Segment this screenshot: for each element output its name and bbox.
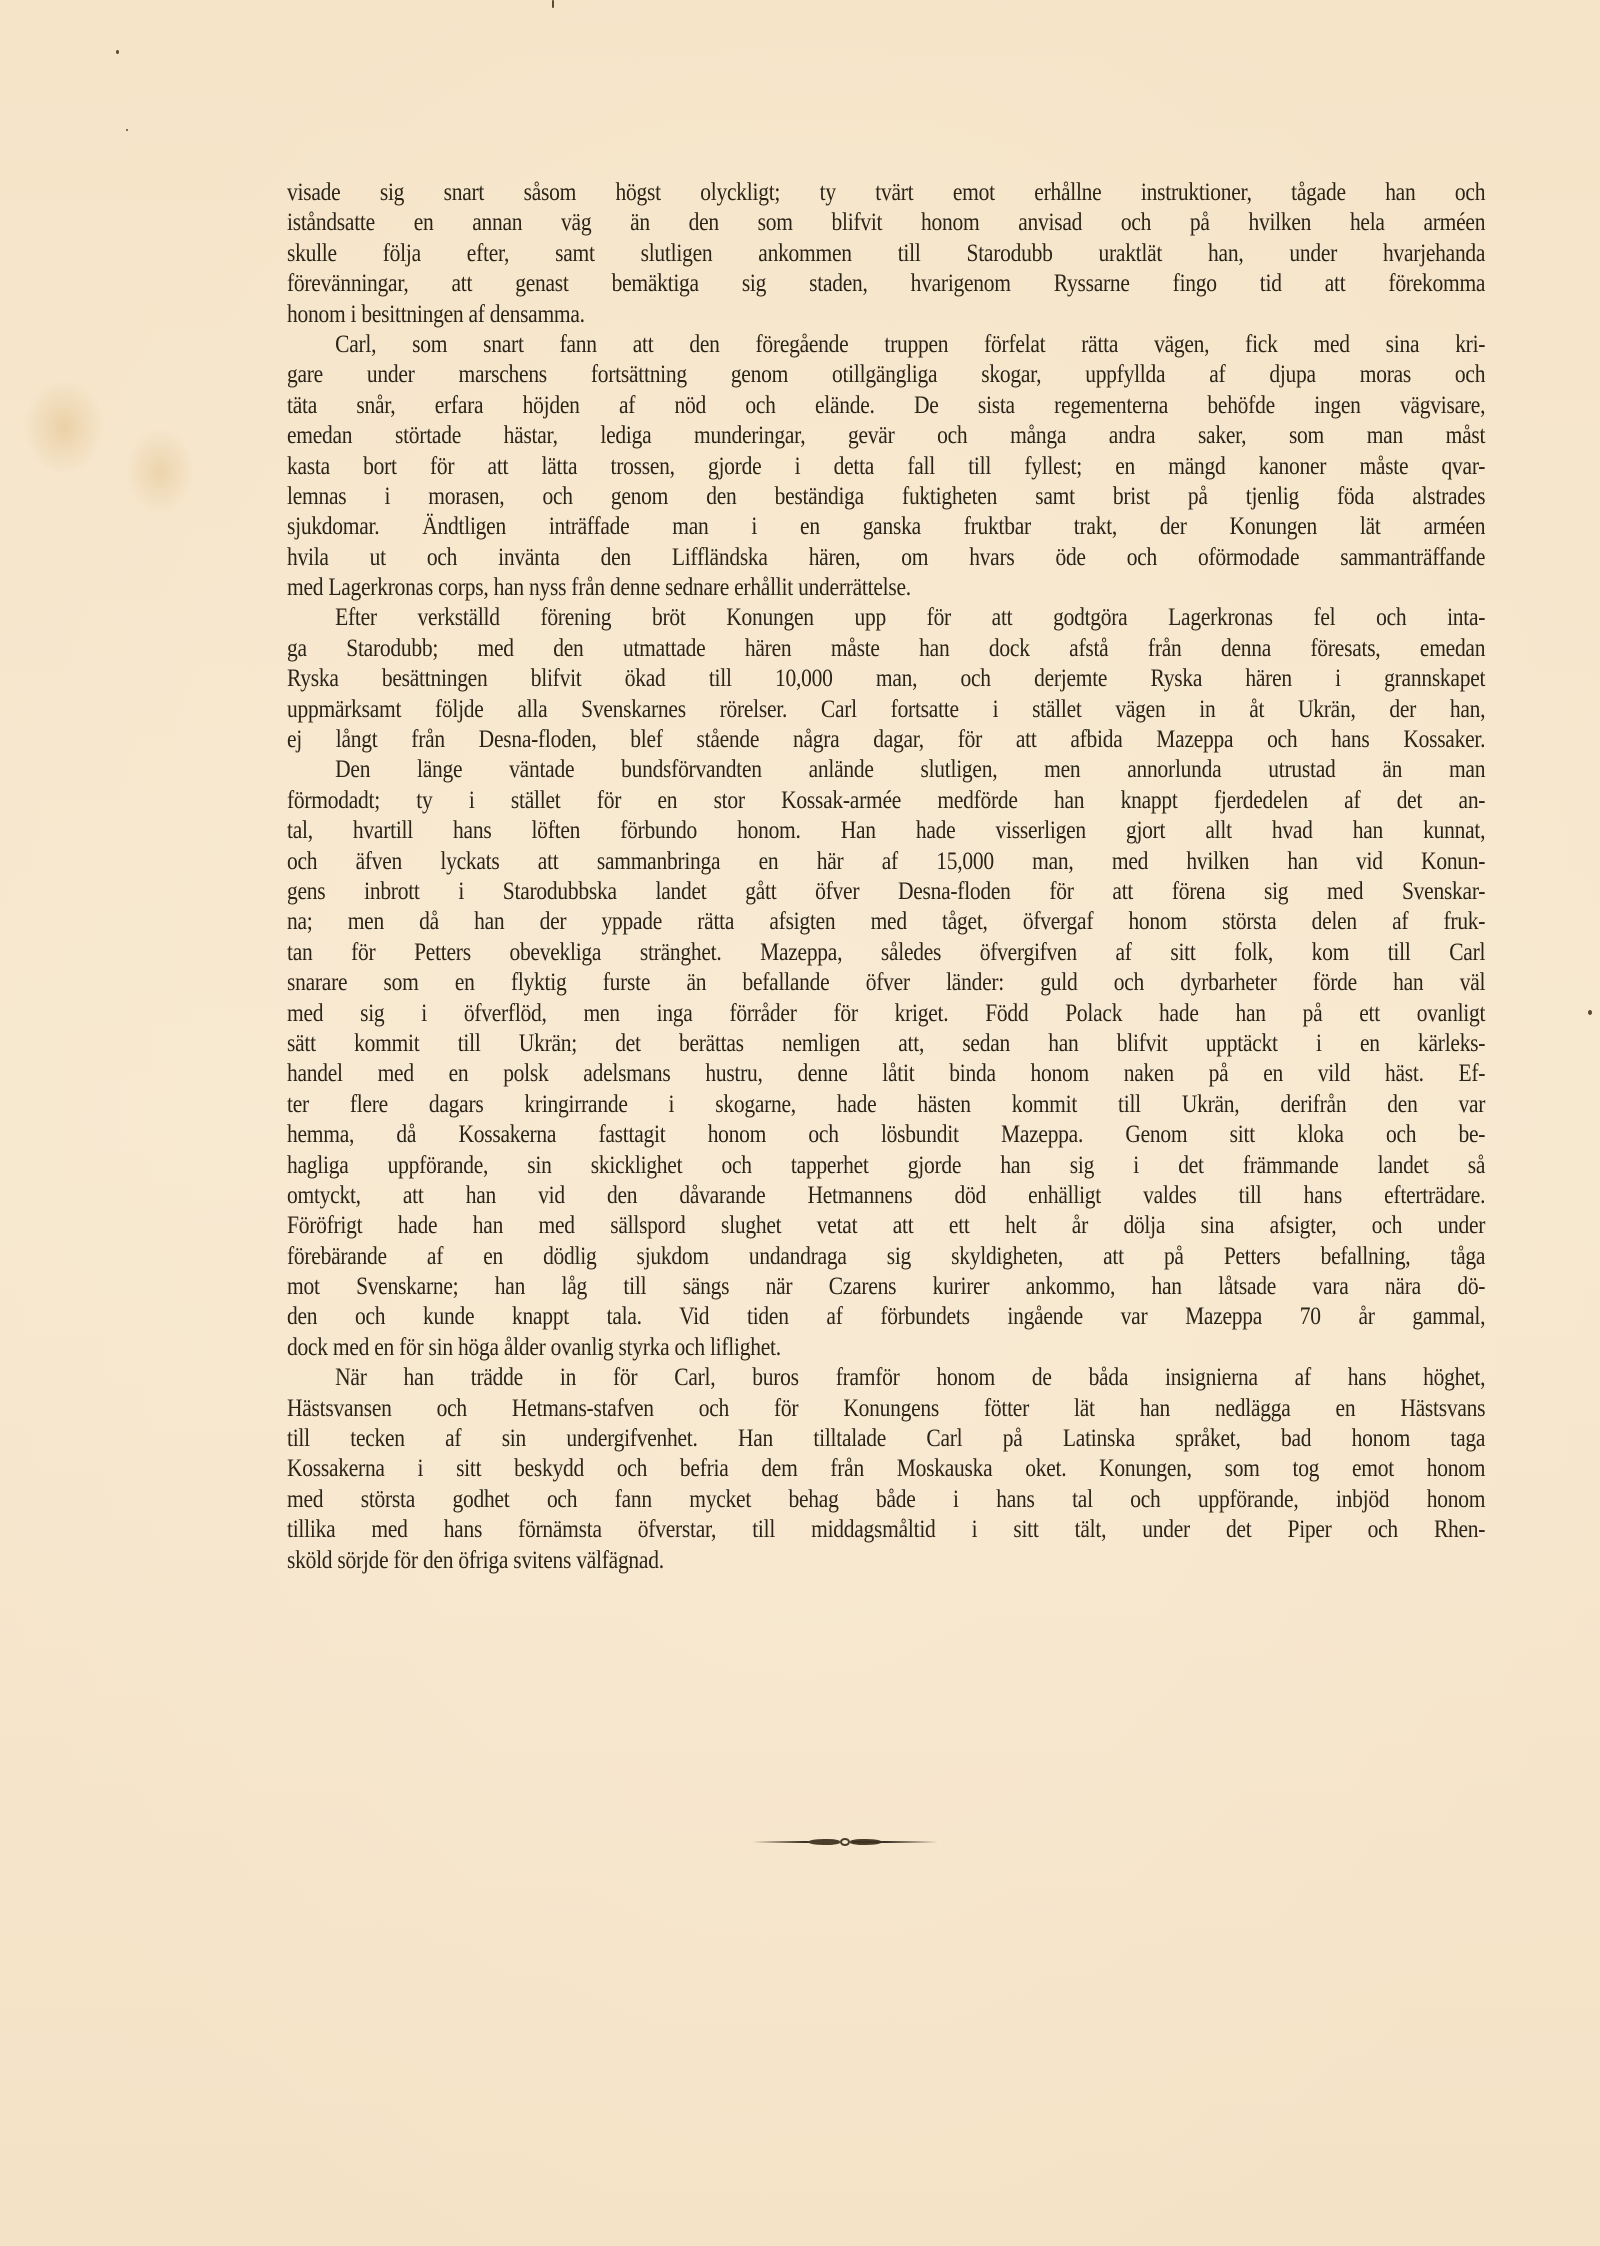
text-line: ej långt från Desna-floden, blef stående…: [287, 725, 1485, 755]
text-line: Kossakerna i sitt beskydd och befria dem…: [287, 1454, 1485, 1484]
paragraph-3: Efter verkställd förening bröt Konungen …: [287, 603, 1485, 755]
text-line: lemnas i morasen, och genom den beständi…: [287, 482, 1485, 512]
ornament-rule-right: [852, 1841, 938, 1843]
scan-speck: [552, 0, 554, 8]
text-line: snarare som en flyktig furste än befalla…: [287, 968, 1485, 998]
text-line: skulle följa efter, samt slutligen ankom…: [287, 239, 1485, 269]
text-line: tal, hvartill hans löften förbundo honom…: [287, 816, 1485, 846]
text-line: hagliga uppförande, sin skicklighet och …: [287, 1151, 1485, 1181]
text-line: visade sig snart såsom högst olyckligt; …: [287, 178, 1485, 208]
text-line: na; men då han der yppade rätta afsigten…: [287, 907, 1485, 937]
text-line: handel med en polsk adelsmans hustru, de…: [287, 1059, 1485, 1089]
ornament-swell-left: [808, 1839, 840, 1845]
scanned-book-page: visade sig snart såsom högst olyckligt; …: [0, 0, 1600, 2246]
text-line: sätt kommit till Ukrän; det berättas nem…: [287, 1029, 1485, 1059]
paragraph-4: Den länge väntade bundsförvandten anländ…: [287, 755, 1485, 1363]
text-line: den och kunde knappt tala. Vid tiden af …: [287, 1302, 1485, 1332]
scan-speck: [126, 129, 128, 131]
text-line: omtyckt, att han vid den dåvarande Hetma…: [287, 1181, 1485, 1211]
text-line: mot Svenskarne; han låg till sängs när C…: [287, 1272, 1485, 1302]
text-line: kasta bort för att lätta trossen, gjorde…: [287, 452, 1485, 482]
text-line: tillika med hans förnämsta öfverstar, ti…: [287, 1515, 1485, 1545]
text-line: Carl, som snart fann att den föregående …: [287, 330, 1485, 360]
text-line: förmodadt; ty i stället för en stor Koss…: [287, 786, 1485, 816]
text-line: hvila ut och invänta den Liffländska här…: [287, 543, 1485, 573]
body-text: visade sig snart såsom högst olyckligt; …: [287, 178, 1485, 1576]
scan-speck: [1588, 1010, 1592, 1015]
text-line: Hästsvansen och Hetmans-stafven och för …: [287, 1394, 1485, 1424]
text-line: Efter verkställd förening bröt Konungen …: [287, 603, 1485, 633]
paragraph-5: När han trädde in för Carl, buros framfö…: [287, 1363, 1485, 1576]
text-line: gare under marschens fortsättning genom …: [287, 360, 1485, 390]
text-line: När han trädde in för Carl, buros framfö…: [287, 1363, 1485, 1393]
ornament-center-knot: [840, 1838, 850, 1846]
text-line: tan för Petters obevekliga stränghet. Ma…: [287, 938, 1485, 968]
tailpiece-ornament-icon: [752, 1836, 938, 1848]
text-line: med största godhet och fann mycket behag…: [287, 1485, 1485, 1515]
text-line: med sig i öfverflöd, men inga förråder f…: [287, 999, 1485, 1029]
text-line: sjukdomar. Ändtligen inträffade man i en…: [287, 512, 1485, 542]
text-line: med Lagerkronas corps, han nyss från den…: [287, 573, 1485, 603]
text-line: honom i besittningen af densamma.: [287, 300, 1485, 330]
text-line: och äfven lyckats att sammanbringa en hä…: [287, 847, 1485, 877]
text-line: täta snår, erfara höjden af nöd och elän…: [287, 391, 1485, 421]
text-line: uppmärksamt följde alla Svenskarnes röre…: [287, 695, 1485, 725]
text-line: förebärande af en dödlig sjukdom undandr…: [287, 1242, 1485, 1272]
paragraph-1: visade sig snart såsom högst olyckligt; …: [287, 178, 1485, 330]
text-line: dock med en för sin höga ålder ovanlig s…: [287, 1333, 1485, 1363]
text-line: till tecken af sin undergifvenhet. Han t…: [287, 1424, 1485, 1454]
text-line: iståndsatte en annan väg än den som blif…: [287, 208, 1485, 238]
text-line: Ryska besättningen blifvit ökad till 10,…: [287, 664, 1485, 694]
text-line: ter flere dagars kringirrande i skogarne…: [287, 1090, 1485, 1120]
text-line: gens inbrott i Starodubbska landet gått …: [287, 877, 1485, 907]
scan-speck: [116, 50, 119, 54]
text-line: hemma, då Kossakerna fasttagit honom och…: [287, 1120, 1485, 1150]
text-line: emedan störtade hästar, lediga mundering…: [287, 421, 1485, 451]
text-line: sköld sörjde för den öfriga svitens välf…: [287, 1546, 1485, 1576]
paragraph-2: Carl, som snart fann att den föregående …: [287, 330, 1485, 604]
text-line: ga Starodubb; med den utmattade hären må…: [287, 634, 1485, 664]
text-line: Den länge väntade bundsförvandten anländ…: [287, 755, 1485, 785]
text-line: förevänningar, att genast bemäktiga sig …: [287, 269, 1485, 299]
text-line: Föröfrigt hade han med sällspord slughet…: [287, 1211, 1485, 1241]
